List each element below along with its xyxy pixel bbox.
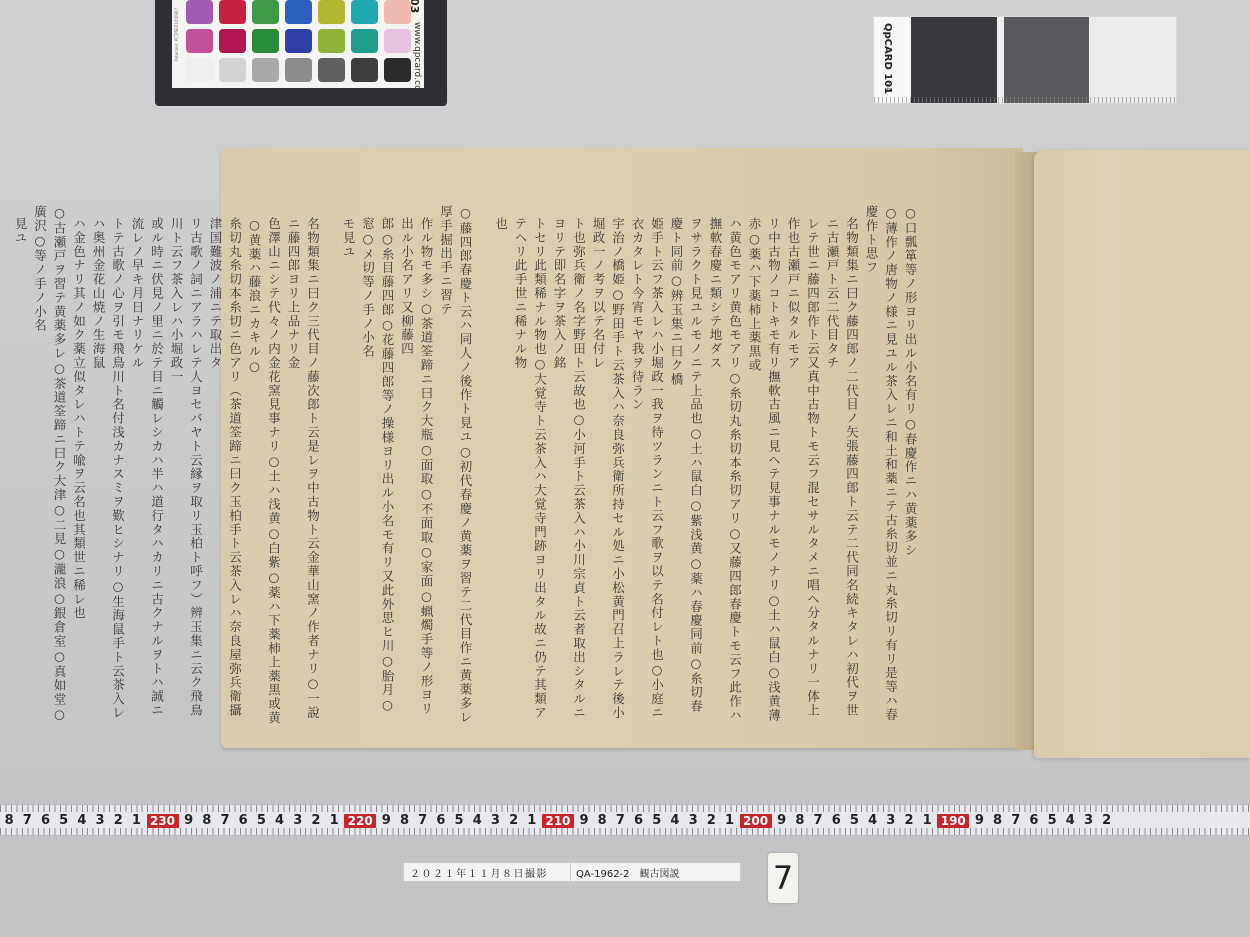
- text-column: 郎○糸目藤四郎○花藤四郎等ノ操様ヨリ出ル小名モ有リ又此外思ヒ川○胎月○窓○メ切等…: [358, 205, 397, 725]
- text-section-middle: ○藤四郎春慶ト云ハ同人ノ後作ト見ユ○初代春慶ノ黄薬ヲ習テ二代目作ニ黄薬多レ厚手掘…: [339, 205, 476, 725]
- color-swatch: [252, 29, 279, 53]
- ruler-minor-mark: 1: [127, 813, 145, 828]
- ruler-minor-mark: 5: [450, 813, 468, 828]
- ruler-ticks-top: [0, 805, 1250, 812]
- text-column: ○古瀬戸ヲ習テ黄薬多レ○茶道筌蹄ニ曰ク大津○二見○瀧浪○銀倉室○真如堂○廣沢○等…: [30, 205, 69, 725]
- ruler-minor-mark: 6: [1025, 813, 1043, 828]
- ruler-minor-mark: 2: [505, 813, 523, 828]
- ruler-minor-mark: 6: [36, 813, 54, 828]
- ruler-numbers: 8765432123098765432122098765432121098765…: [0, 812, 1250, 829]
- color-swatch: [351, 0, 378, 24]
- text-column: ハ黄色モアリ黄色モアリ○糸切丸糸切本糸切アリ○又藤四郎春慶トモ云フ此作ハ撫軟春慶…: [706, 205, 745, 725]
- ruler-minor-mark: 3: [486, 813, 504, 828]
- text-column: トテ古歌ノ心ヲ引モ飛鳥川ト名付浅カナスミヲ歎ヒシナリ○生海鼠手ト云茶入レハ奥州金…: [89, 205, 128, 725]
- text-column: 糸切丸糸切本糸切ニ色アリ（茶道筌蹄ニ曰ク玉柏手ト云茶入レハ奈良屋弥兵衛攝津国難波…: [206, 205, 245, 725]
- measuring-ruler: 8765432123098765432122098765432121098765…: [0, 804, 1250, 836]
- text-column: 色澤山ニシテ代々ノ内金花窯見事ナリ○土ハ浅黄○白紫○薬ハ下薬柿上薬黒或黄○黄薬ハ…: [245, 205, 284, 725]
- ruler-minor-mark: 3: [882, 813, 900, 828]
- color-swatch: [285, 29, 312, 53]
- ruler-minor-mark: 6: [827, 813, 845, 828]
- right-page-blank: [1034, 150, 1250, 758]
- ruler-minor-mark: 5: [1043, 813, 1061, 828]
- color-swatch: [252, 0, 279, 24]
- ruler-minor-mark: 9: [180, 813, 198, 828]
- ruler-minor-mark: 7: [611, 813, 629, 828]
- gray-card-label: QpCARD 101 v4: [874, 17, 910, 103]
- ruler-minor-mark: 5: [648, 813, 666, 828]
- card-code: 03: [408, 0, 421, 13]
- text-column: 名物類集ニ曰ク三代目ノ藤次郎ト云是レヲ中古物ト云金華山窯ノ作者ナリ○一說ニ藤四郎…: [284, 205, 323, 725]
- ruler-minor-mark: 3: [289, 813, 307, 828]
- label-divider: [570, 863, 571, 881]
- ruler-minor-mark: 3: [1079, 813, 1097, 828]
- ruler-minor-mark: 1: [918, 813, 936, 828]
- gray-card-scale: [874, 97, 1176, 103]
- ruler-minor-mark: 1: [523, 813, 541, 828]
- ruler-minor-mark: 4: [666, 813, 684, 828]
- ruler-minor-mark: 7: [18, 813, 36, 828]
- color-swatch: [219, 0, 246, 24]
- ruler-minor-mark: 6: [432, 813, 450, 828]
- color-swatch: [351, 58, 378, 82]
- text-section-right: ○口瓢箪等ノ形ヨリ出ル小名有リ○春慶作ニハ黄薬多シ○薄作ノ唐物ノ様ニ見ユル茶入レ…: [491, 205, 920, 725]
- vertical-text-block: ○口瓢箪等ノ形ヨリ出ル小名有リ○春慶作ニハ黄薬多シ○薄作ノ唐物ノ様ニ見ユル茶入レ…: [280, 205, 920, 725]
- ruler-minor-mark: 8: [791, 813, 809, 828]
- ruler-minor-mark: 8: [395, 813, 413, 828]
- color-swatch: [318, 29, 345, 53]
- text-column: 名物類集ニ曰ク藤四郎ノ二代目ノ矢張藤四郎ト云テ二代同名続キタレハ初代ヲ世ニ古瀬戸…: [823, 205, 862, 725]
- text-column: ○藤四郎春慶ト云ハ同人ノ後作ト見ユ○初代春慶ノ黄薬ヲ習テ二代目作ニ黄薬多レ厚手掘…: [436, 205, 475, 725]
- text-column: ○薄作ノ唐物ノ様ニ見ユル茶入レニ和土和薬ニテ古糸切並ニ丸糸切リ有リ是等ハ春慶作ト…: [862, 205, 901, 725]
- text-column: 作ル物モ多シ○茶道筌蹄ニ曰ク大瓶○面取○不面取○家面○蝋燭手等ノ形ヨリ出ル小名ア…: [397, 205, 436, 725]
- card-patent-text: Patented: PCT/SE01/00967: [174, 8, 179, 62]
- ruler-minor-mark: 3: [91, 813, 109, 828]
- ruler-minor-mark: 8: [0, 813, 18, 828]
- page-number-tag: 7: [768, 853, 798, 903]
- text-column: レテ世ニ藤四郎作ト云又真中古物トモ云フ混セサルタメニ唱ヘ分タルナリ一体上作也古瀬…: [784, 205, 823, 725]
- color-swatch: [285, 0, 312, 24]
- ruler-minor-mark: 1: [720, 813, 738, 828]
- ruler-minor-mark: 9: [575, 813, 593, 828]
- color-swatch: [219, 29, 246, 53]
- ruler-minor-mark: 5: [845, 813, 863, 828]
- color-swatch: [384, 0, 411, 24]
- color-card-face: Patented: PCT/SE01/00967 03 www.qpcard.c…: [172, 0, 424, 88]
- ruler-minor-mark: 8: [198, 813, 216, 828]
- text-column: モ見ユ: [339, 205, 359, 725]
- color-swatch: [384, 29, 411, 53]
- gray-patch-dark: [911, 17, 997, 103]
- ruler-minor-mark: 5: [55, 813, 73, 828]
- color-swatch: [351, 29, 378, 53]
- ruler-minor-mark: 2: [1098, 813, 1116, 828]
- card-website: www.qpcard.com: [412, 22, 422, 99]
- ruler-minor-mark: 8: [593, 813, 611, 828]
- text-column: トセリ此類稀ナル物也○大覚寺ト云茶入ハ大覚寺門跡ヨリ出タル故ニ仍テ其類アテヘリ此…: [511, 205, 550, 725]
- ruler-minor-mark: 9: [773, 813, 791, 828]
- ruler-minor-mark: 2: [307, 813, 325, 828]
- ruler-major-mark: 190: [937, 814, 969, 828]
- text-column: リ古歌ノ詞ニアラハレテ人ヨセバヤト云縁ヲ取リ玉柏ト呼フ）辨玉集ニ云ク飛鳥川ト云フ…: [167, 205, 206, 725]
- color-swatch: [186, 0, 213, 24]
- color-checker-card: Patented: PCT/SE01/00967 03 www.qpcard.c…: [155, 0, 447, 106]
- ruler-minor-mark: 1: [325, 813, 343, 828]
- gray-card-version: v4: [884, 83, 892, 92]
- color-swatch: [318, 0, 345, 24]
- gray-patch-mid: [1004, 17, 1089, 103]
- ruler-minor-mark: 4: [270, 813, 288, 828]
- color-swatch: [318, 58, 345, 82]
- ruler-minor-mark: 4: [468, 813, 486, 828]
- color-swatch: [186, 58, 213, 82]
- color-swatch-grid: [186, 0, 402, 86]
- gray-patch-light: [1091, 17, 1176, 103]
- ruler-minor-mark: 3: [684, 813, 702, 828]
- gray-reference-card: QpCARD 101 v4: [873, 16, 1177, 104]
- text-column: 見ユ: [11, 205, 31, 725]
- ruler-minor-mark: 7: [1007, 813, 1025, 828]
- ruler-minor-mark: 2: [702, 813, 720, 828]
- text-column: ○口瓢箪等ノ形ヨリ出ル小名有リ○春慶作ニハ黄薬多シ: [901, 205, 921, 725]
- ruler-minor-mark: 9: [377, 813, 395, 828]
- text-column: 姫手ト云フ茶入レハ小堀政一我ヲ待ツランニト云フ歌ヲ以テ名付レト也○小庭ニ衣カタレ…: [628, 205, 667, 725]
- text-column: 宇治ノ橋姫○野田手ト云茶入ハ奈良弥兵衛所持セル処ニ小松黄門召上ラレテ後小堀政一ノ…: [589, 205, 628, 725]
- ruler-major-mark: 210: [542, 814, 574, 828]
- photo-label-strip: ２０２１年１１月８日撮影 QA-1962-2 観古図説: [403, 862, 741, 882]
- text-column: リ中古物ノコトキモ有リ撫軟古風ニ見ヘテ見事ナルモノナリ○土ハ鼠白○浅黄薄赤○薬ハ…: [745, 205, 784, 725]
- ruler-ticks-bottom: [0, 828, 1250, 835]
- color-swatch: [219, 58, 246, 82]
- ruler-minor-mark: 8: [988, 813, 1006, 828]
- text-column: 也: [491, 205, 511, 725]
- catalog-id: QA-1962-2 観古図説: [576, 865, 680, 880]
- ruler-major-mark: 230: [147, 814, 179, 828]
- text-column: ヲサラクト見ユルモノニテ上品也○土ハ鼠白○紫浅黄○薬ハ春慶同前○糸切春慶ト同前○…: [667, 205, 706, 725]
- text-column: 或ル時ニ伏見ノ里ニ於テ目ニ觸レシカハ半ハ道行タハカリニ古クナルヲトハ誠ニ流レノ早…: [128, 205, 167, 725]
- ruler-minor-mark: 6: [629, 813, 647, 828]
- ruler-minor-mark: 5: [252, 813, 270, 828]
- ruler-minor-mark: 7: [414, 813, 432, 828]
- ruler-minor-mark: 4: [1061, 813, 1079, 828]
- ruler-minor-mark: 7: [216, 813, 234, 828]
- text-column: ト也弥兵衛ノ名字野田ト云故也○小河手ト云茶入ハ小川宗貞ト云者取出シタルニヨリテ即…: [550, 205, 589, 725]
- ruler-minor-mark: 4: [73, 813, 91, 828]
- ruler-minor-mark: 2: [109, 813, 127, 828]
- photo-date: ２０２１年１１月８日撮影: [410, 865, 548, 880]
- color-swatch: [285, 58, 312, 82]
- ruler-major-mark: 220: [344, 814, 376, 828]
- ruler-minor-mark: 9: [970, 813, 988, 828]
- ruler-minor-mark: 7: [809, 813, 827, 828]
- color-swatch: [252, 58, 279, 82]
- ruler-minor-mark: 2: [900, 813, 918, 828]
- ruler-major-mark: 200: [740, 814, 772, 828]
- text-column: ハ金色ナリ其ノ如ク薬立似タレハトテ喩ヲ云名也其類世ニ稀レ也: [69, 205, 89, 725]
- color-swatch: [384, 58, 411, 82]
- color-swatch: [186, 29, 213, 53]
- text-section-left-a: 名物類集ニ曰ク三代目ノ藤次郎ト云是レヲ中古物ト云金華山窯ノ作者ナリ○一說ニ藤四郎…: [11, 205, 323, 725]
- ruler-minor-mark: 4: [864, 813, 882, 828]
- ruler-minor-mark: 6: [234, 813, 252, 828]
